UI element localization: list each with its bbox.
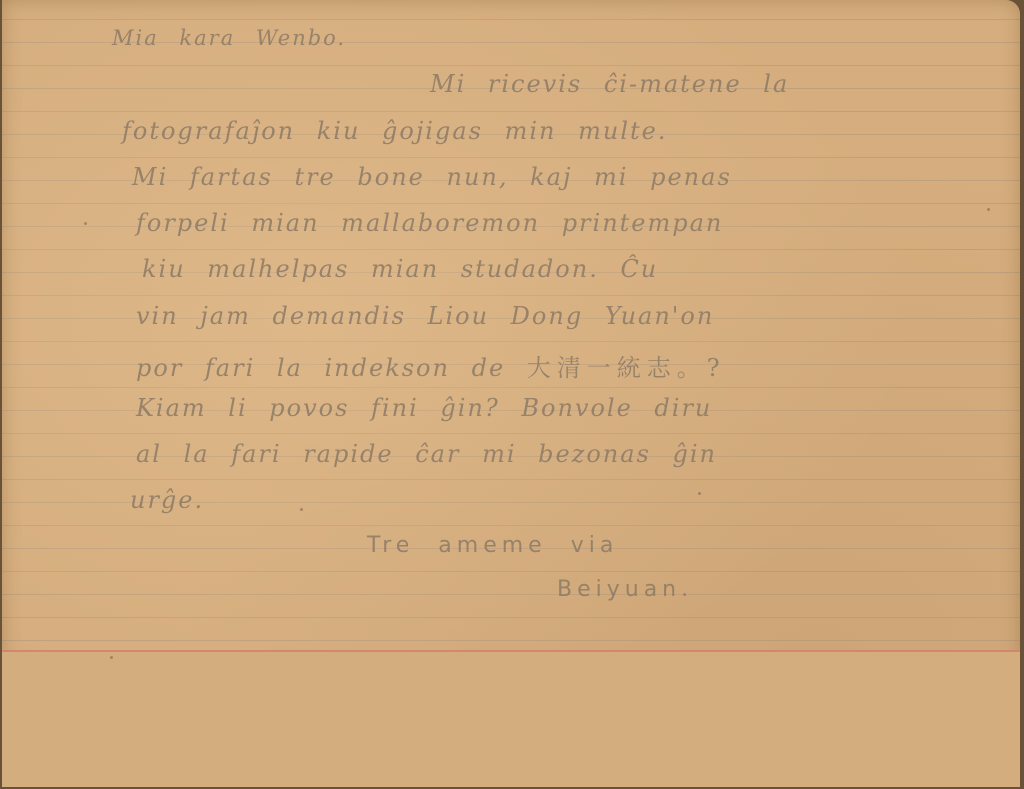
body-line-1: Mi ricevis ĉi-matene la (430, 70, 789, 98)
paper-speck (987, 208, 990, 211)
body-line-5: kiu malhelpas mian studadon. Ĉu (142, 255, 658, 283)
signature: Beiyuan. (557, 577, 693, 602)
body-line-2: fotografaĵon kiu ĝojigas min multe. (122, 117, 667, 145)
cjk-punctuation: 。? (677, 354, 726, 382)
body-line-7-text: por fari la indekson de (136, 354, 505, 382)
body-line-4: forpeli mian mallaboremon printempan (136, 209, 723, 237)
closing: Tre ameme via (367, 533, 618, 558)
cjk-book-title: 大清一統志 (527, 354, 677, 382)
lower-blank-area (2, 651, 1020, 787)
red-margin-line (2, 650, 1020, 652)
body-line-9: al la fari rapide ĉar mi bezonas ĝin (136, 440, 717, 468)
paper-speck (110, 656, 113, 659)
letter-page: Mia kara Wenbo. Mi ricevis ĉi-matene la … (2, 0, 1020, 787)
body-line-7: por fari la indekson de 大清一統志。? (136, 348, 726, 383)
paper-speck (300, 508, 303, 511)
salutation: Mia kara Wenbo. (112, 26, 346, 50)
body-line-8: Kiam li povos fini ĝin? Bonvole diru (136, 394, 712, 422)
paper-speck (698, 492, 701, 495)
body-line-6: vin jam demandis Liou Dong Yuan'on (136, 302, 714, 330)
body-line-3: Mi fartas tre bone nun, kaj mi penas (132, 163, 732, 191)
body-line-10: urĝe. (130, 486, 204, 514)
paper-speck (84, 222, 87, 225)
